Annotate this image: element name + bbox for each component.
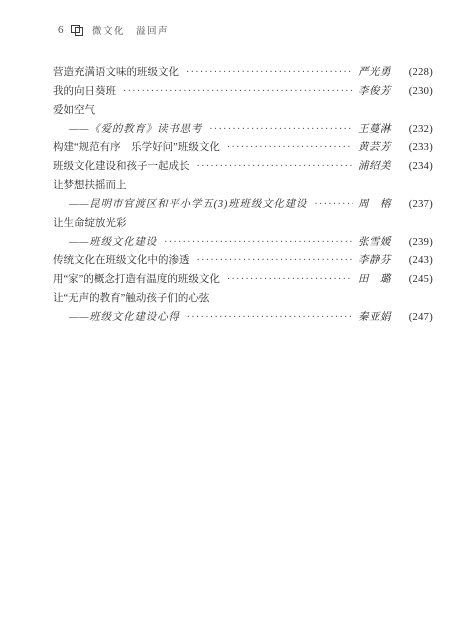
toc-entry-subtitle: ——班级文化建设心得 bbox=[69, 309, 180, 328]
toc-entry-author: 王蔓淋 bbox=[358, 121, 391, 140]
toc-entry-title-row: 班级文化建设和孩子一起成长···························… bbox=[53, 158, 433, 177]
dot-leader: ········································… bbox=[197, 158, 354, 177]
toc-entry-page-number: (232) bbox=[399, 121, 433, 140]
toc-entry-author: 秦亚娟 bbox=[358, 309, 391, 328]
toc-entry-author: 张雪媛 bbox=[358, 234, 391, 253]
toc-entry-title: 传统文化在班级文化中的渗透 bbox=[53, 252, 190, 271]
running-head-title: 微文化 溢回声 bbox=[92, 23, 169, 37]
toc-entry-page-number: (234) bbox=[399, 158, 433, 177]
dot-leader: ········································… bbox=[209, 121, 353, 140]
toc-entry-subtitle-row: ——《爱的教育》读书思考····························… bbox=[53, 121, 433, 140]
toc-entry-page-number: (239) bbox=[399, 234, 433, 253]
dot-leader: ········································… bbox=[123, 83, 353, 102]
toc-entry-subtitle-row: ——班级文化建设································… bbox=[53, 234, 433, 253]
book-page: 6 微文化 溢回声 营造充满语文味的班级文化··················… bbox=[0, 0, 460, 625]
running-head: 6 微文化 溢回声 bbox=[58, 23, 169, 37]
toc-entry-page-number: (247) bbox=[399, 309, 433, 328]
dot-leader: ········································… bbox=[197, 252, 354, 271]
overlapping-squares-icon-front bbox=[75, 27, 84, 36]
toc-entry-author: 黄芸芳 bbox=[358, 139, 391, 158]
toc-entry-author: 李俊芳 bbox=[358, 83, 391, 102]
dot-leader: ········································… bbox=[227, 139, 353, 158]
toc-entry-title-row: 营造充满语文味的班级文化····························… bbox=[53, 64, 433, 83]
toc-entry-title-row: 让“无声的教育”触动孩子们的心弦 bbox=[53, 290, 433, 309]
toc-entry-subtitle: ——《爱的教育》读书思考 bbox=[69, 121, 202, 140]
toc-entry-title: 构建“规范有序 乐学好问”班级文化 bbox=[53, 139, 220, 158]
toc-entry-title-row: 让梦想扶摇而上 bbox=[53, 177, 433, 196]
toc-entry-title-row: 让生命绽放光彩 bbox=[53, 215, 433, 234]
toc-entry-title-row: 爱如空气 bbox=[53, 102, 433, 121]
page-number: 6 bbox=[58, 24, 64, 36]
toc-entry-author: 浦绍美 bbox=[358, 158, 391, 177]
toc-entry-subtitle: ——班级文化建设 bbox=[69, 234, 157, 253]
toc-entry-page-number: (230) bbox=[399, 83, 433, 102]
toc-entry-title-row: 用“家”的概念打造有温度的班级文化·······················… bbox=[53, 271, 433, 290]
dot-leader: ········································… bbox=[187, 309, 353, 328]
dot-leader: ········································… bbox=[227, 271, 353, 290]
toc-entry-author: 李静芬 bbox=[358, 252, 391, 271]
toc-entry-title: 让生命绽放光彩 bbox=[53, 215, 127, 234]
overlapping-squares-icon bbox=[71, 24, 85, 37]
toc-list: 营造充满语文味的班级文化····························… bbox=[53, 64, 433, 328]
toc-entry-page-number: (245) bbox=[399, 271, 433, 290]
toc-entry-author: 田 璐 bbox=[358, 271, 391, 290]
toc-entry-title: 营造充满语文味的班级文化 bbox=[53, 64, 179, 83]
dot-leader: ········································… bbox=[314, 196, 353, 215]
toc-entry-title: 让梦想扶摇而上 bbox=[53, 177, 127, 196]
dot-leader: ········································… bbox=[164, 234, 353, 253]
toc-entry-page-number: (233) bbox=[399, 139, 433, 158]
toc-entry-page-number: (228) bbox=[399, 64, 433, 83]
toc-entry-title: 让“无声的教育”触动孩子们的心弦 bbox=[53, 290, 209, 309]
toc-entry-title-row: 传统文化在班级文化中的渗透···························… bbox=[53, 252, 433, 271]
toc-entry-title: 爱如空气 bbox=[53, 102, 95, 121]
toc-entry-subtitle-row: ——班级文化建设心得······························… bbox=[53, 309, 433, 328]
toc-entry-author: 周 榕 bbox=[358, 196, 391, 215]
dot-leader: ········································… bbox=[186, 64, 353, 83]
toc-entry-title: 班级文化建设和孩子一起成长 bbox=[53, 158, 190, 177]
toc-entry-title: 我的向日葵班 bbox=[53, 83, 116, 102]
toc-entry-title: 用“家”的概念打造有温度的班级文化 bbox=[53, 271, 220, 290]
toc-entry-title-row: 我的向日葵班··································… bbox=[53, 83, 433, 102]
toc-entry-subtitle: ——昆明市官渡区和平小学五(3)班班级文化建设 bbox=[69, 196, 307, 215]
toc-entry-page-number: (243) bbox=[399, 252, 433, 271]
toc-entry-page-number: (237) bbox=[399, 196, 433, 215]
toc-entry-subtitle-row: ——昆明市官渡区和平小学五(3)班班级文化建设·················… bbox=[53, 196, 433, 215]
toc-entry-title-row: 构建“规范有序 乐学好问”班级文化·······················… bbox=[53, 139, 433, 158]
toc-entry-author: 严光勇 bbox=[358, 64, 391, 83]
